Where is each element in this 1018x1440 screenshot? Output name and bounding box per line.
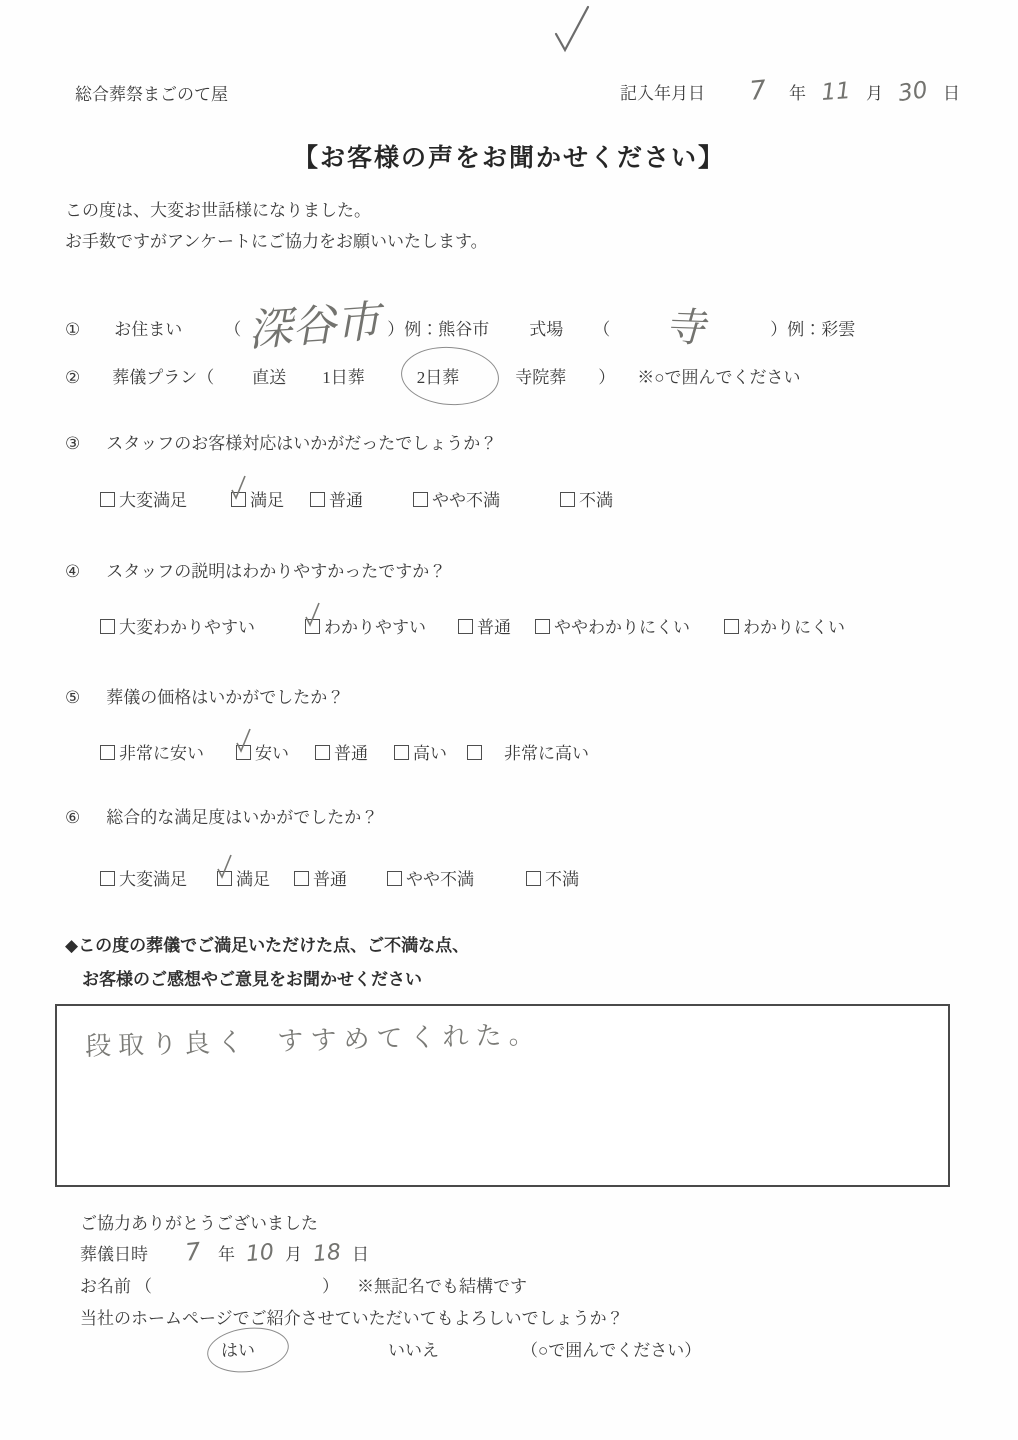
header-row: 総合葬祭まごのて屋 — [75, 80, 228, 105]
question-4-heading: ④ スタッフの説明はわかりやすかったですか？ — [65, 557, 446, 582]
checkbox — [217, 871, 232, 886]
option-label: 普通 — [329, 486, 363, 511]
option-label: 普通 — [477, 613, 511, 638]
checkbox — [100, 492, 115, 507]
checkbox — [100, 619, 115, 634]
close-paren: ） — [598, 363, 615, 388]
checkbox — [526, 871, 541, 886]
comment-box: 段取り良く すすめてくれた。 — [55, 1004, 950, 1187]
checkbox-option: 安い — [236, 739, 289, 764]
residence-label: お住まい — [114, 315, 182, 340]
open-paren: （ — [593, 315, 610, 340]
question-3-options: 大変満足 満足 普通 やや不満 不満 — [100, 486, 613, 511]
feedback-heading-line-1: ◆この度の葬儀でご満足いただけた点、ご不満な点、 — [65, 931, 469, 956]
checkbox-option: 大変わかりやすい — [100, 613, 255, 638]
name-label: お名前 — [80, 1272, 131, 1297]
question-3-heading: ③ スタッフのお客様対応はいかがだったでしょうか？ — [65, 429, 497, 454]
fill-date-day-value: 30 — [882, 77, 945, 108]
no-option: いいえ — [388, 1336, 439, 1361]
checkbox — [100, 871, 115, 886]
close-paren: ） — [770, 315, 787, 340]
month-unit-label: 月 — [866, 79, 883, 104]
residence-answer-slot: 深谷市 — [241, 301, 387, 341]
fill-date-label: 記入年月日 — [620, 79, 705, 104]
checkbox-option: わかりやすい — [305, 613, 426, 638]
question-text: 葬儀の価格はいかがでしたか？ — [106, 683, 344, 708]
feedback-heading-line-2: お客様のご感想やご意見をお聞かせください — [82, 965, 422, 990]
option-label: 満足 — [236, 865, 270, 890]
handwritten-comment: 段取り良く すすめてくれた。 — [85, 1014, 542, 1063]
checkbox — [310, 492, 325, 507]
option-label: 大変満足 — [119, 865, 187, 890]
open-paren: （ — [135, 1272, 152, 1297]
question-number: ⑥ — [65, 808, 80, 828]
checkbox — [387, 871, 402, 886]
funeral-day-value: 18 — [301, 1241, 353, 1267]
yes-label: はい — [221, 1336, 255, 1361]
handwritten-checkmark-icon — [550, 4, 592, 54]
yes-no-row: はい いいえ （○で囲んでください） — [80, 1336, 701, 1361]
option-label: 大変満足 — [119, 486, 187, 511]
checkbox-option: やや不満 — [413, 486, 500, 511]
year-unit-label: 年 — [789, 79, 806, 104]
question-2-row: ② 葬儀プラン（ 直送 1日葬 2日葬 寺院葬 ） ※○で囲んでください — [65, 363, 801, 388]
name-row: お名前 （ ） ※無記名でも結構です — [80, 1272, 527, 1297]
funeral-date-row: 葬儀日時 7 年 10 月 18 日 — [80, 1240, 369, 1265]
option-label: 満足 — [250, 486, 284, 511]
checkbox-option: 大変満足 — [100, 486, 187, 511]
plan-option: 1日葬 — [322, 363, 365, 388]
question-number: ① — [65, 320, 80, 340]
checkbox — [100, 745, 115, 760]
checkbox-option: 高い — [394, 739, 447, 764]
plan-option-circled: 2日葬 — [417, 363, 460, 388]
question-number: ⑤ — [65, 688, 80, 708]
option-label: 不満 — [579, 486, 613, 511]
question-6-options: 大変満足 満足 普通 やや不満 不満 — [100, 865, 579, 890]
question-number: ② — [65, 368, 80, 388]
question-4-options: 大変わかりやすい わかりやすい 普通 ややわかりにくい わかりにくい — [100, 613, 845, 638]
checkbox-option: 普通 — [458, 613, 511, 638]
checkbox-option: やや不満 — [387, 865, 474, 890]
option-label: 普通 — [334, 739, 368, 764]
day-unit-label: 日 — [352, 1240, 369, 1265]
checkbox — [236, 745, 251, 760]
thanks-line: ご協力ありがとうございました — [80, 1209, 318, 1234]
venue-label: 式場 — [529, 315, 563, 340]
funeral-month-value: 10 — [234, 1241, 286, 1267]
question-6-heading: ⑥ 総合的な満足度はいかがでしたか？ — [65, 803, 378, 828]
company-name: 総合葬祭まごのて屋 — [75, 80, 228, 105]
plan-label: 葬儀プラン（ — [112, 363, 214, 388]
residence-answer-handwritten: 深谷市 — [247, 302, 381, 351]
checkbox-option: ややわかりにくい — [535, 613, 690, 638]
checkbox-option: 不満 — [560, 486, 613, 511]
venue-answer-slot: 寺 — [610, 304, 760, 340]
option-label: わかりやすい — [324, 613, 426, 638]
venue-answer-handwritten: 寺 — [665, 309, 706, 346]
option-label: 大変わかりやすい — [119, 613, 255, 638]
plan-option: 直送 — [252, 363, 286, 388]
survey-sheet: 総合葬祭まごのて屋 記入年月日 7 年 11 月 30 日 【お客様の声をお聞か… — [0, 0, 1018, 1440]
fill-date: 記入年月日 7 年 11 月 30 日 — [620, 78, 960, 104]
option-label: 非常に高い — [504, 739, 589, 764]
question-text: 総合的な満足度はいかがでしたか？ — [106, 803, 378, 828]
name-note: ※無記名でも結構です — [357, 1272, 527, 1297]
open-paren: （ — [224, 315, 241, 340]
checkbox — [294, 871, 309, 886]
month-unit-label: 月 — [285, 1240, 302, 1265]
option-label: 普通 — [313, 865, 347, 890]
plan-option: 寺院葬 — [515, 363, 566, 388]
checkbox-option: 不満 — [526, 865, 579, 890]
checkbox — [231, 492, 246, 507]
fill-date-year-value: 7 — [726, 75, 790, 107]
question-text: スタッフのお客様対応はいかがだったでしょうか？ — [106, 429, 497, 454]
checkbox — [535, 619, 550, 634]
page-title: 【お客様の声をお聞かせください】 — [0, 138, 1018, 174]
checkbox-option: 非常に高い — [467, 739, 589, 764]
option-label: 非常に安い — [119, 739, 204, 764]
checkbox-option: 非常に安い — [100, 739, 204, 764]
residence-example: 例：熊谷市 — [404, 315, 489, 340]
intro-line-1: この度は、大変お世話様になりました。 — [65, 196, 371, 221]
intro-line-2: お手数ですがアンケートにご協力をお願いいたします。 — [65, 227, 488, 252]
close-paren: ） — [322, 1272, 339, 1297]
checkbox — [458, 619, 473, 634]
checkbox-option: 普通 — [294, 865, 347, 890]
checkbox — [560, 492, 575, 507]
circle-instruction: （○で囲んでください） — [521, 1336, 701, 1361]
checkbox-option: わかりにくい — [724, 613, 845, 638]
plan-option: 2日葬 — [417, 363, 460, 388]
checkbox-option: 満足 — [231, 486, 284, 511]
option-label: わかりにくい — [743, 613, 845, 638]
year-unit-label: 年 — [218, 1240, 235, 1265]
option-label: 高い — [413, 739, 447, 764]
homepage-question: 当社のホームページでご紹介させていただいてもよろしいでしょうか？ — [80, 1304, 624, 1329]
yes-option: はい — [221, 1336, 255, 1361]
checkbox-option: 満足 — [217, 865, 270, 890]
checkbox — [467, 745, 482, 760]
circle-instruction-note: ※○で囲んでください — [637, 363, 800, 388]
checkbox-option: 普通 — [315, 739, 368, 764]
checkbox-option: 普通 — [310, 486, 363, 511]
option-label: やや不満 — [432, 486, 500, 511]
option-label: 不満 — [545, 865, 579, 890]
option-label: ややわかりにくい — [554, 613, 690, 638]
option-label: やや不満 — [406, 865, 474, 890]
checkbox — [413, 492, 428, 507]
question-text: スタッフの説明はわかりやすかったですか？ — [106, 557, 446, 582]
option-label: 安い — [255, 739, 289, 764]
close-paren: ） — [387, 315, 404, 340]
venue-example: 例：彩雲 — [787, 315, 855, 340]
funeral-date-label: 葬儀日時 — [80, 1240, 148, 1265]
checkbox — [315, 745, 330, 760]
question-5-options: 非常に安い 安い 普通 高い 非常に高い — [100, 739, 589, 764]
checkbox — [305, 619, 320, 634]
checkbox-option: 大変満足 — [100, 865, 187, 890]
question-1-row: ① お住まい （ 深谷市 ） 例：熊谷市 式場 （ 寺 ） 例：彩雲 — [65, 301, 855, 341]
fill-date-month-value: 11 — [805, 79, 866, 106]
checkbox — [724, 619, 739, 634]
question-number: ③ — [65, 434, 80, 454]
question-number: ④ — [65, 562, 80, 582]
funeral-year-value: 7 — [167, 1237, 219, 1266]
question-5-heading: ⑤ 葬儀の価格はいかがでしたか？ — [65, 683, 344, 708]
day-unit-label: 日 — [943, 79, 960, 104]
checkbox — [394, 745, 409, 760]
